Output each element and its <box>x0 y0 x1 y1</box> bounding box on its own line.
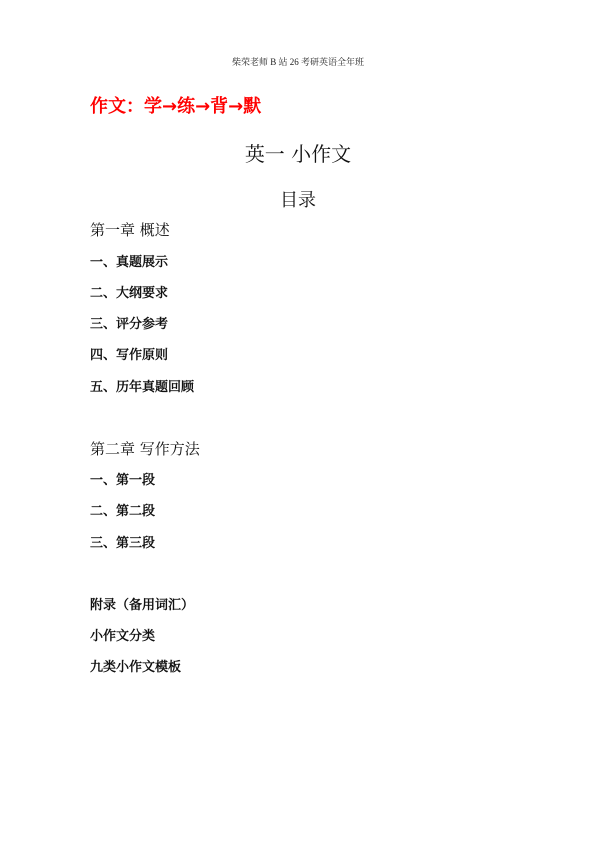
document-title: 英一 小作文 <box>0 138 596 167</box>
toc-item[interactable]: 五、历年真题回顾 <box>90 376 194 395</box>
toc-item[interactable]: 三、评分参考 <box>90 313 168 332</box>
toc-item[interactable]: 小作文分类 <box>90 625 155 644</box>
toc-item[interactable]: 一、真题展示 <box>90 251 168 270</box>
toc-chapter-2[interactable]: 第二章 写作方法 <box>90 438 200 459</box>
toc-item[interactable]: 三、第三段 <box>90 532 155 551</box>
toc-item[interactable]: 四、写作原则 <box>90 344 168 363</box>
toc-item[interactable]: 九类小作文模板 <box>90 656 181 675</box>
slogan: 作文：学→练→背→默 <box>90 92 261 118</box>
toc-appendix[interactable]: 附录（备用词汇） <box>90 594 194 613</box>
toc-item[interactable]: 二、第二段 <box>90 500 155 519</box>
page-header: 柴荣老师 B 站 26 考研英语全年班 <box>0 55 596 68</box>
toc-item[interactable]: 一、第一段 <box>90 469 155 488</box>
toc-title: 目录 <box>0 186 596 212</box>
toc-chapter-1[interactable]: 第一章 概述 <box>90 219 170 240</box>
toc-item[interactable]: 二、大纲要求 <box>90 282 168 301</box>
